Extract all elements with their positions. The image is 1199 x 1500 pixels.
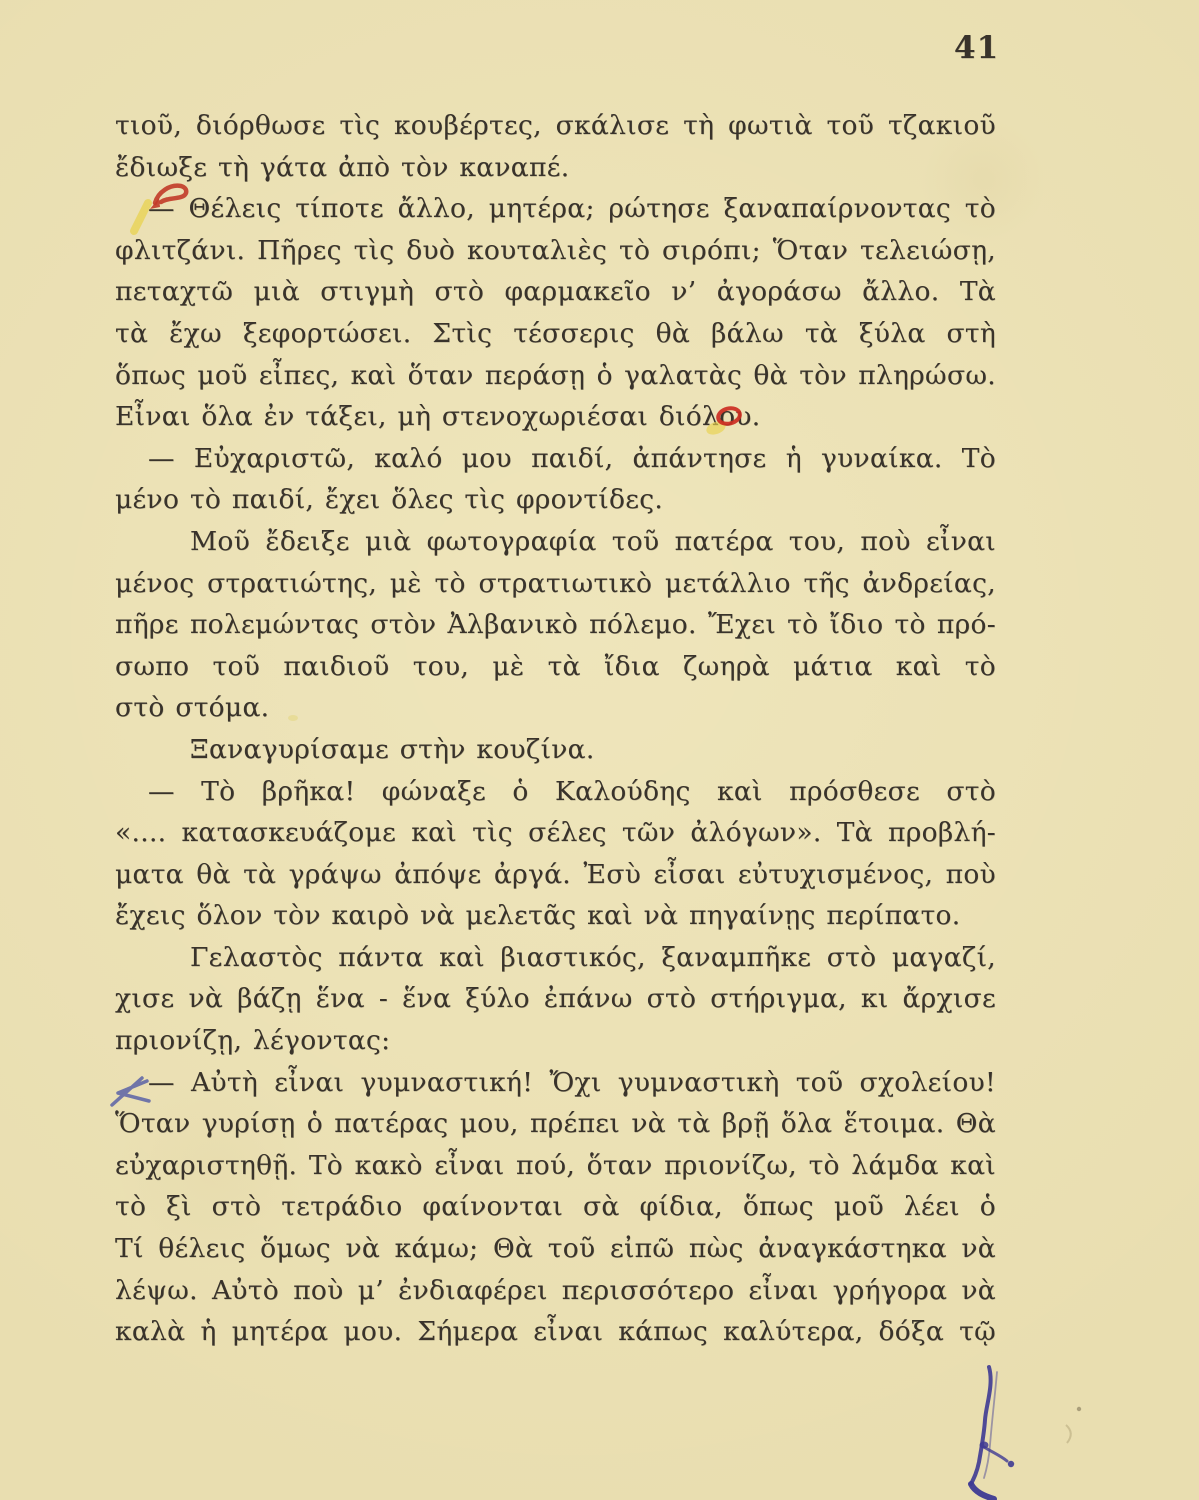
text-line: λέψω. Αὐτὸ ποὺ μ’ ἐνδιαφέρει περισσότερο… xyxy=(115,1270,996,1312)
text-line: — Τὸ βρῆκα! φώναξε ὁ Καλούδης καὶ πρόσθε… xyxy=(115,771,996,813)
blue-ink-dot xyxy=(1008,1461,1014,1467)
text-line: τὰ ἔχω ξεφορτώσει. Στὶς τέσσερις θὰ βάλω… xyxy=(115,313,996,355)
book-page: 41 τιοῦ, διόρθωσε τὶς κουβέρτες, σκάλισε… xyxy=(0,0,1199,1500)
text-line: μένο τὸ παιδί, ἔχει ὅλες τὶς φροντίδες. xyxy=(115,479,996,521)
scanned-book-page: { "page": { "number": "41", "paper_color… xyxy=(0,0,1199,1500)
text-line: φλιτζάνι. Πῆρες τὶς δυὸ κουταλιὲς τὸ σιρ… xyxy=(115,230,996,272)
text-line: πεταχτῶ μιὰ στιγμὴ στὸ φαρμακεῖο ν’ ἀγορ… xyxy=(115,271,996,313)
paper-fiber-mark xyxy=(1066,1425,1071,1443)
text-line: καλὰ ἡ μητέρα μου. Σήμερα εἶναι κάπως κα… xyxy=(115,1311,996,1353)
text-line: Ξαναγυρίσαμε στὴν κουζίνα. xyxy=(115,729,996,771)
text-line: Εἶναι ὅλα ἐν τάξει, μὴ στενοχωριέσαι διό… xyxy=(115,396,996,438)
blue-ink-scribble-echo xyxy=(984,1372,997,1478)
blue-ink-scribble-branch xyxy=(984,1447,1007,1461)
text-line: πῆρε πολεμώντας στὸν Ἀλβανικὸ πόλεμο. Ἔχ… xyxy=(115,604,996,646)
text-line: ὅπως μοῦ εἶπες, καὶ ὅταν περάσῃ ὁ γαλατὰ… xyxy=(115,355,996,397)
text-line: στὸ στόμα. xyxy=(115,687,996,729)
text-line: χισε νὰ βάζῃ ἕνα - ἕνα ξύλο ἐπάνω στὸ στ… xyxy=(115,978,996,1020)
text-line: εὐχαριστηθῇ. Τὸ κακὸ εἶναι πού, ὅταν πρι… xyxy=(115,1145,996,1187)
text-line: Γελαστὸς πάντα καὶ βιαστικός, ξαναμπῆκε … xyxy=(115,937,996,979)
text-line: — Θέλεις τίποτε ἄλλο, μητέρα; ρώτησε ξαν… xyxy=(115,188,996,230)
text-block: τιοῦ, διόρθωσε τὶς κουβέρτες, σκάλισε τὴ… xyxy=(115,105,996,1353)
text-line: μένος στρατιώτης, μὲ τὸ στρατιωτικὸ μετά… xyxy=(115,563,996,605)
text-line: ἔχεις ὅλον τὸν καιρὸ νὰ μελετᾶς καὶ νὰ π… xyxy=(115,895,996,937)
text-line: Τί θέλεις ὅμως νὰ κάμω; Θὰ τοῦ εἰπῶ πὼς … xyxy=(115,1228,996,1270)
text-line: — Αὐτὴ εἶναι γυμναστική! Ὄχι γυμναστικὴ … xyxy=(115,1062,996,1104)
text-line: «.... κατασκευάζομε καὶ τὶς σέλες τῶν ἀλ… xyxy=(115,812,996,854)
text-line: Μοῦ ἔδειξε μιὰ φωτογραφία τοῦ πατέρα του… xyxy=(115,521,996,563)
blue-ink-knot xyxy=(980,1442,989,1449)
paper-speck xyxy=(1077,1407,1081,1411)
text-line: ματα θὰ τὰ γράψω ἀπόψε ἀργά. Ἐσὺ εἶσαι ε… xyxy=(115,854,996,896)
text-line: σωπο τοῦ παιδιοῦ του, μὲ τὰ ἴδια ζωηρὰ μ… xyxy=(115,646,996,688)
text-line: Ὅταν γυρίσῃ ὁ πατέρας μου, πρέπει νὰ τὰ … xyxy=(115,1103,996,1145)
text-line: ἔδιωξε τὴ γάτα ἀπὸ τὸν καναπέ. xyxy=(115,147,996,189)
text-line: τὸ ξὶ στὸ τετράδιο φαίνονται σὰ φίδια, ὅ… xyxy=(115,1186,996,1228)
text-line: τιοῦ, διόρθωσε τὶς κουβέρτες, σκάλισε τὴ… xyxy=(115,105,996,147)
blue-ink-bottom-hook xyxy=(971,1484,994,1499)
text-line: — Εὐχαριστῶ, καλό μου παιδί, ἀπάντησε ἡ … xyxy=(115,438,996,480)
blue-ink-scribble-main xyxy=(971,1367,991,1484)
text-line: πριονίζῃ, λέγοντας: xyxy=(115,1020,996,1062)
page-number: 41 xyxy=(954,30,999,66)
